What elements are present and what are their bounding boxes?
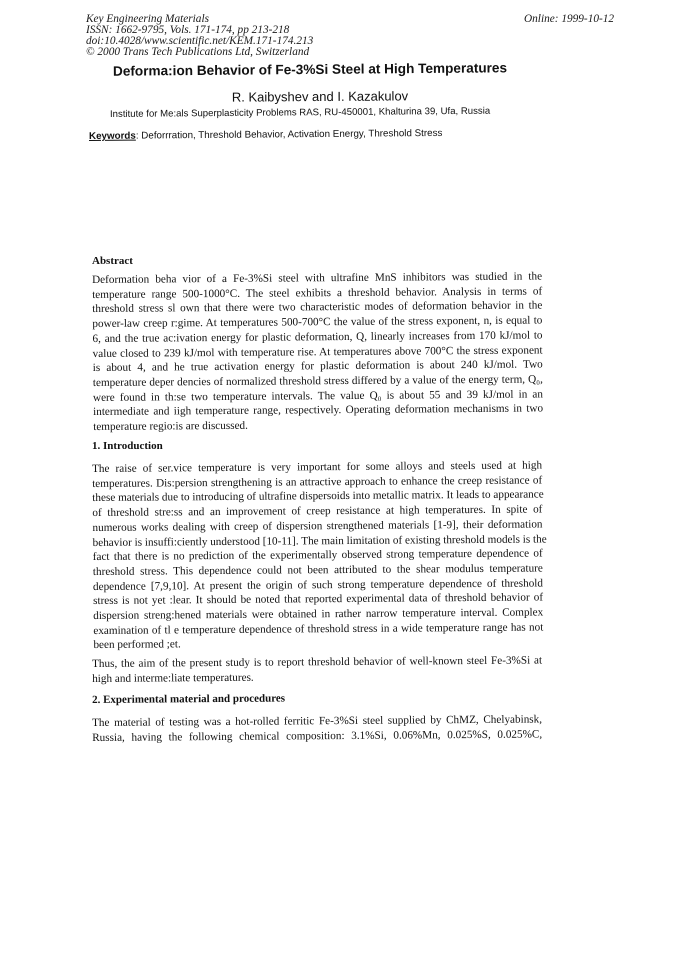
paper-authors: R. Kaibyshev and I. Kazakulov: [0, 87, 640, 106]
abstract-paragraph: Deformation beha vior of a Fe-3%Si steel…: [92, 269, 543, 434]
experimental-heading: 2. Experimental material and procedures: [92, 692, 285, 706]
journal-meta: Key Engineering Materials ISSN: 1662-979…: [86, 14, 313, 58]
online-date: Online: 1999-10-12: [524, 14, 614, 25]
experimental-paragraph-1: The material of testing was a hot-rolled…: [92, 712, 542, 745]
text-line: temperature regio:is are discussed.: [93, 416, 543, 434]
paper-affiliation: Institute for Me:als Superplasticity Pro…: [110, 106, 490, 120]
text-line: Russia, having the following chemical co…: [92, 727, 542, 745]
keywords-line: Keywords: Deforrration, Threshold Behavi…: [89, 128, 442, 142]
text-line: high and interme:liate temperatures.: [92, 668, 542, 686]
paper-title: Deforma:ion Behavior of Fe-3%Si Steel at…: [0, 59, 620, 79]
introduction-paragraph-1: The raise of ser.vice temperature is ver…: [92, 458, 543, 653]
copyright-line: © 2000 Trans Tech Publications Ltd, Swit…: [86, 47, 313, 58]
abstract-heading: Abstract: [92, 255, 133, 267]
introduction-heading: 1. Introduction: [92, 440, 163, 452]
keywords-label: Keywords: [89, 131, 136, 142]
keywords-list: : Deforrration, Threshold Behavior, Acti…: [136, 128, 443, 142]
introduction-paragraph-2: Thus, the aim of the present study is to…: [92, 653, 542, 686]
text-line: been performed ;et.: [93, 635, 543, 653]
